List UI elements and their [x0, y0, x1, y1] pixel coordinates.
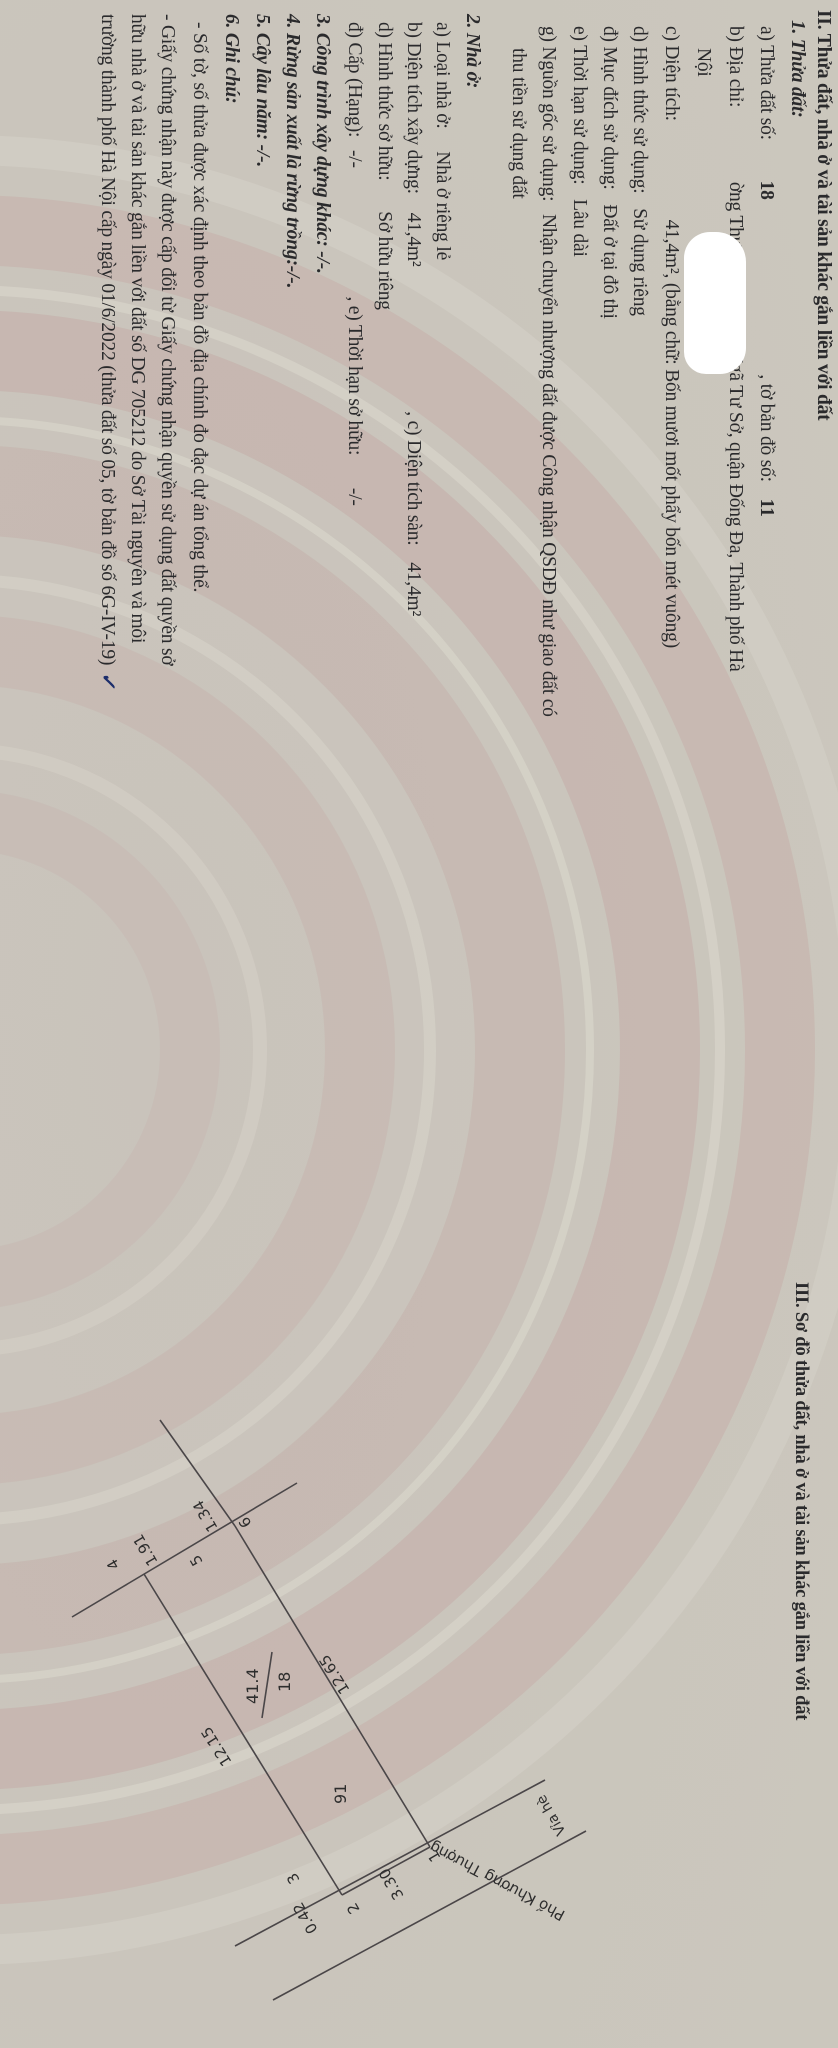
sidewalk-label: Vỉa hè	[534, 1792, 570, 1838]
parcel-side-2-4	[144, 1574, 342, 1895]
parcel-area-label: 41.4	[243, 1668, 262, 1704]
edge-1-6-length: 12.65	[315, 1651, 353, 1697]
point-6-label: 6	[235, 1514, 255, 1531]
point-4-label: 4	[103, 1556, 123, 1573]
parcel-number-label: 18	[275, 1672, 294, 1692]
edge-5-6-length: 1.34	[189, 1497, 221, 1535]
point-5-label: 5	[186, 1552, 206, 1569]
edge-1-2-length: 3.30	[375, 1865, 407, 1903]
point-2-label: 2	[343, 1900, 363, 1917]
edge-4-5-length: 1.91	[129, 1531, 161, 1569]
parcel-fraction-bar	[262, 1652, 272, 1718]
rear-boundary-line	[72, 1483, 297, 1617]
edge-2-3-length: 0.42	[289, 1899, 321, 1937]
point-3-label: 3	[283, 1870, 303, 1887]
edge-2-5-length: 12.15	[197, 1723, 235, 1769]
sidewalk-line	[235, 1780, 545, 1946]
street-name-label: Phố Khương Thượng	[426, 1838, 568, 1925]
parcel-diagram: 1 2 3 4 5 6 12.65 12.15 3.30 0.42 1.91 1…	[0, 0, 838, 2048]
inner-mark-label: 91	[331, 1784, 350, 1804]
